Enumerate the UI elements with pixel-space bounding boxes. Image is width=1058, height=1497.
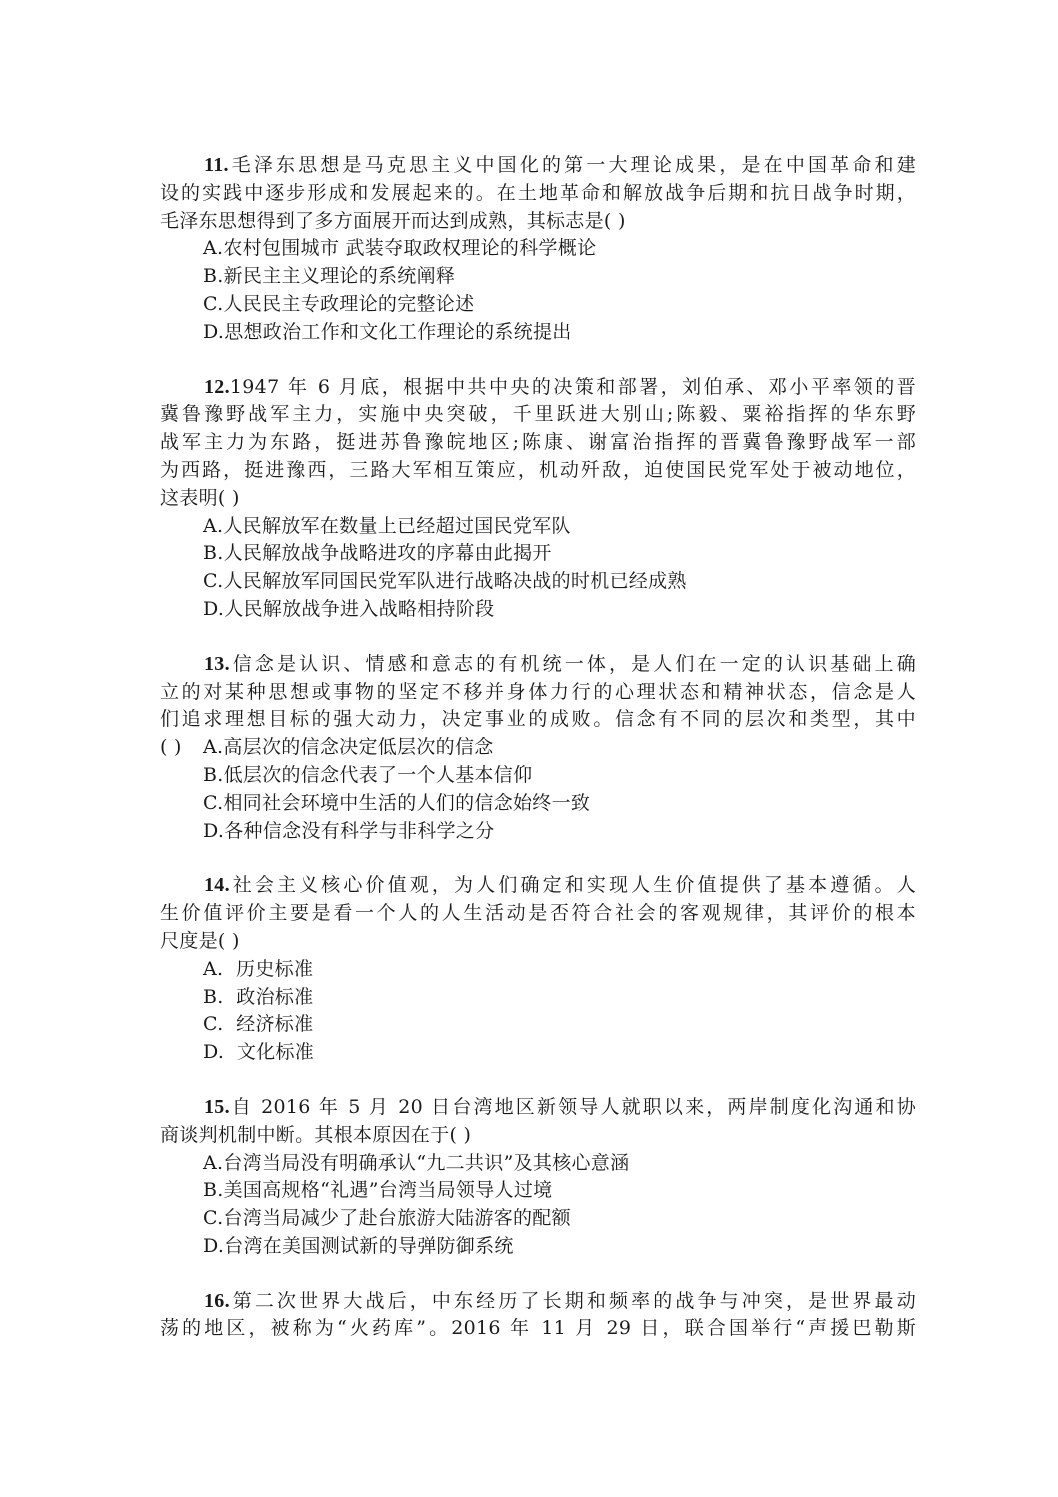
option-a-line: ( ) A.高层次的信念决定低层次的信念 [160,734,916,762]
question-stem-line: 13.信念是认识、情感和意志的有机统一体，是人们在一定的认识基础上确 [160,651,916,679]
option-d: D.台湾在美国测试新的导弹防御系统 [160,1233,916,1261]
question-number: 15. [204,1096,230,1118]
question-stem-line: 们追求理想目标的强大动力，决定事业的成败。信念有不同的层次和类型，其中 [160,706,916,734]
question-stem-line: 15.自 2016 年 5 月 20 日台湾地区新领导人就职以来，两岸制度化沟通… [160,1094,916,1122]
question-number: 12. [204,376,230,398]
question-12: 12.1947 年 6 月底，根据中共中央的决策和部署，刘伯承、邓小平率领的晋 … [160,374,916,624]
option-c: C.台湾当局减少了赴台旅游大陆游客的配额 [160,1205,916,1233]
question-16: 16.第二次世界大战后，中东经历了长期和频率的战争与冲突，是世界最动 荡的地区，… [160,1288,916,1344]
question-14: 14.社会主义核心价值观，为人们确定和实现人生价值提供了基本遵循。人 生价值评价… [160,872,916,1067]
answer-blank: ( ) [160,734,203,762]
option-a: A.高层次的信念决定低层次的信念 [203,736,494,758]
question-number: 14. [204,874,230,896]
option-c: C. 经济标准 [160,1011,916,1039]
option-d: D. 文化标准 [160,1039,916,1067]
option-a: A.农村包围城市 武装夺取政权理论的科学概论 [160,235,916,263]
document-page: 11.毛泽东思想是马克思主义中国化的第一大理论成果，是在中国革命和建 设的实践中… [160,152,916,1370]
question-15: 15.自 2016 年 5 月 20 日台湾地区新领导人就职以来，两岸制度化沟通… [160,1094,916,1261]
option-a: A.人民解放军在数量上已经超过国民党军队 [160,513,916,541]
option-b: B. 政治标准 [160,984,916,1012]
question-stem-line: 16.第二次世界大战后，中东经历了长期和频率的战争与冲突，是世界最动 [160,1288,916,1316]
option-c: C.人民解放军同国民党军队进行战略决战的时机已经成熟 [160,568,916,596]
option-d: D.人民解放战争进入战略相持阶段 [160,596,916,624]
question-stem-line: 14.社会主义核心价值观，为人们确定和实现人生价值提供了基本遵循。人 [160,872,916,900]
question-stem-line: 战军主力为东路，挺进苏鲁豫皖地区;陈康、谢富治指挥的晋冀鲁豫野战军一部 [160,429,916,457]
question-number: 13. [204,653,230,675]
question-stem-line: 立的对某种思想或事物的坚定不移并身体力行的心理状态和精神状态，信念是人 [160,679,916,707]
question-stem-line: 12.1947 年 6 月底，根据中共中央的决策和部署，刘伯承、邓小平率领的晋 [160,374,916,402]
option-b: B.新民主主义理论的系统阐释 [160,263,916,291]
question-stem-line: 尺度是( ) [160,928,916,956]
option-b: B.低层次的信念代表了一个人基本信仰 [160,762,916,790]
option-b: B.美国高规格“礼遇”台湾当局领导人过境 [160,1177,916,1205]
question-13: 13.信念是认识、情感和意志的有机统一体，是人们在一定的认识基础上确 立的对某种… [160,651,916,846]
question-stem-line: 毛泽东思想得到了多方面展开而达到成熟，其标志是( ) [160,208,916,236]
question-stem-line: 这表明( ) [160,485,916,513]
question-stem-line: 设的实践中逐步形成和发展起来的。在土地革命和解放战争后期和抗日战争时期， [160,180,916,208]
question-number: 16. [204,1290,230,1312]
question-number: 11. [204,154,229,176]
option-a: A.台湾当局没有明确承认“九二共识”及其核心意涵 [160,1150,916,1178]
option-c: C.人民民主专政理论的完整论述 [160,291,916,319]
question-stem-line: 11.毛泽东思想是马克思主义中国化的第一大理论成果，是在中国革命和建 [160,152,916,180]
question-stem-line: 商谈判机制中断。其根本原因在于( ) [160,1122,916,1150]
option-d: D.思想政治工作和文化工作理论的系统提出 [160,319,916,347]
question-stem-line: 为西路，挺进豫西，三路大军相互策应，机动歼敌，迫使国民党军处于被动地位， [160,457,916,485]
option-a: A. 历史标准 [160,956,916,984]
option-b: B.人民解放战争战略进攻的序幕由此揭开 [160,540,916,568]
question-stem-line: 冀鲁豫野战军主力，实施中央突破，千里跃进大别山;陈毅、粟裕指挥的华东野 [160,401,916,429]
option-d: D.各种信念没有科学与非科学之分 [160,818,916,846]
question-stem-line: 生价值评价主要是看一个人的人生活动是否符合社会的客观规律，其评价的根本 [160,900,916,928]
question-stem-line: 荡的地区，被称为“火药库”。2016 年 11 月 29 日，联合国举行“声援巴… [160,1315,916,1343]
option-c: C.相同社会环境中生活的人们的信念始终一致 [160,790,916,818]
question-11: 11.毛泽东思想是马克思主义中国化的第一大理论成果，是在中国革命和建 设的实践中… [160,152,916,347]
